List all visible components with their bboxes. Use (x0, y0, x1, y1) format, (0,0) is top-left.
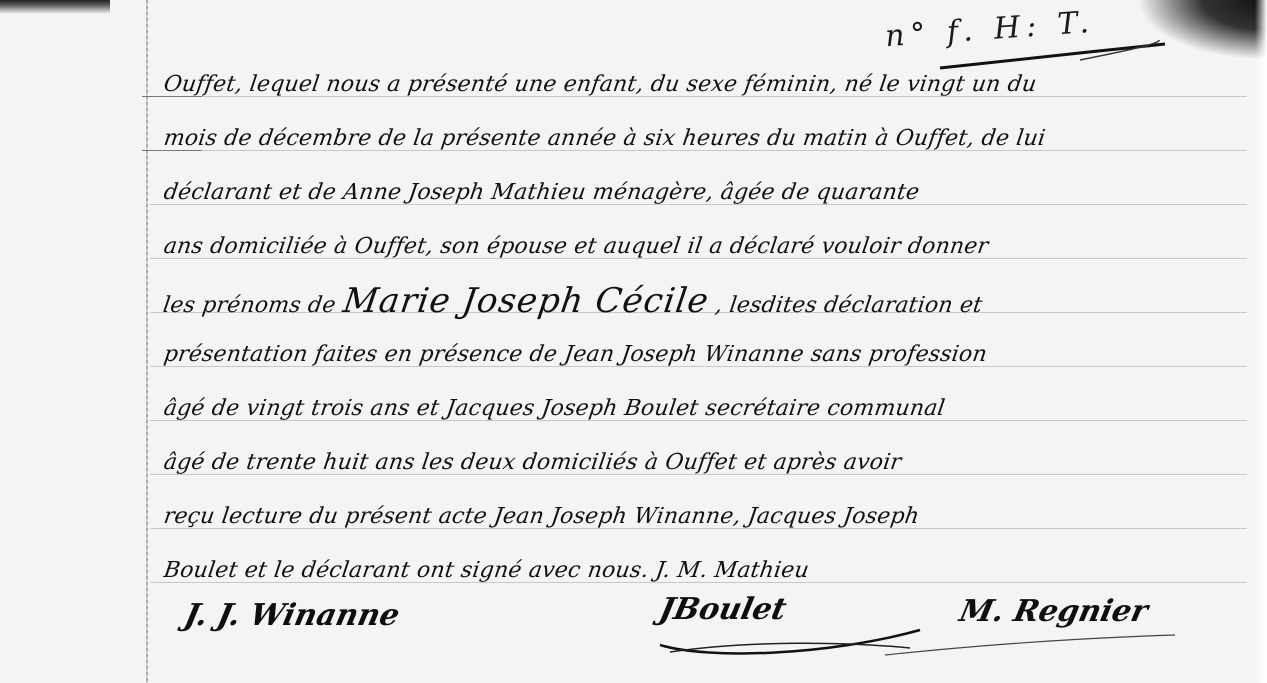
signature-row: J. J. Winanne JBoulet M. Regnier (0, 590, 1267, 670)
signature-winanne: J. J. Winanne (181, 598, 402, 633)
page-edge (1255, 0, 1267, 683)
text-line-8: âgé de trente huit ans les deux domicili… (160, 436, 1258, 490)
text-line-4: ans domiciliée à Ouffet, son épouse et a… (160, 220, 1258, 274)
text-line-7: âgé de vingt trois ans et Jacques Joseph… (160, 382, 1258, 436)
text-line-3: déclarant et de Anne Joseph Mathieu ména… (160, 166, 1258, 220)
text-line-6: présentation faites en présence de Jean … (160, 328, 1258, 382)
scan-shadow-top-left (0, 0, 110, 14)
document-page: n° f. H: T. Ouffet, lequel nous a présen… (0, 0, 1267, 683)
signature-regnier: M. Regnier (956, 594, 1151, 629)
text-line-1: Ouffet, lequel nous a présenté une enfan… (160, 58, 1258, 112)
child-name: Marie Joseph Cécile (341, 281, 712, 321)
signature-underline-icon (880, 630, 1180, 660)
text-line-5: les prénoms de Marie Joseph Cécile , les… (160, 274, 1258, 328)
text-line-2: mois de décembre de la présente année à … (160, 112, 1258, 166)
record-text: Ouffet, lequel nous a présenté une enfan… (160, 58, 1250, 598)
margin-rule (146, 0, 148, 683)
text-line-9: reçu lecture du présent acte Jean Joseph… (160, 490, 1258, 544)
text-line-5-tail: , lesdites déclaration et (714, 293, 984, 318)
text-line-5-lead: les prénoms de (161, 293, 337, 318)
